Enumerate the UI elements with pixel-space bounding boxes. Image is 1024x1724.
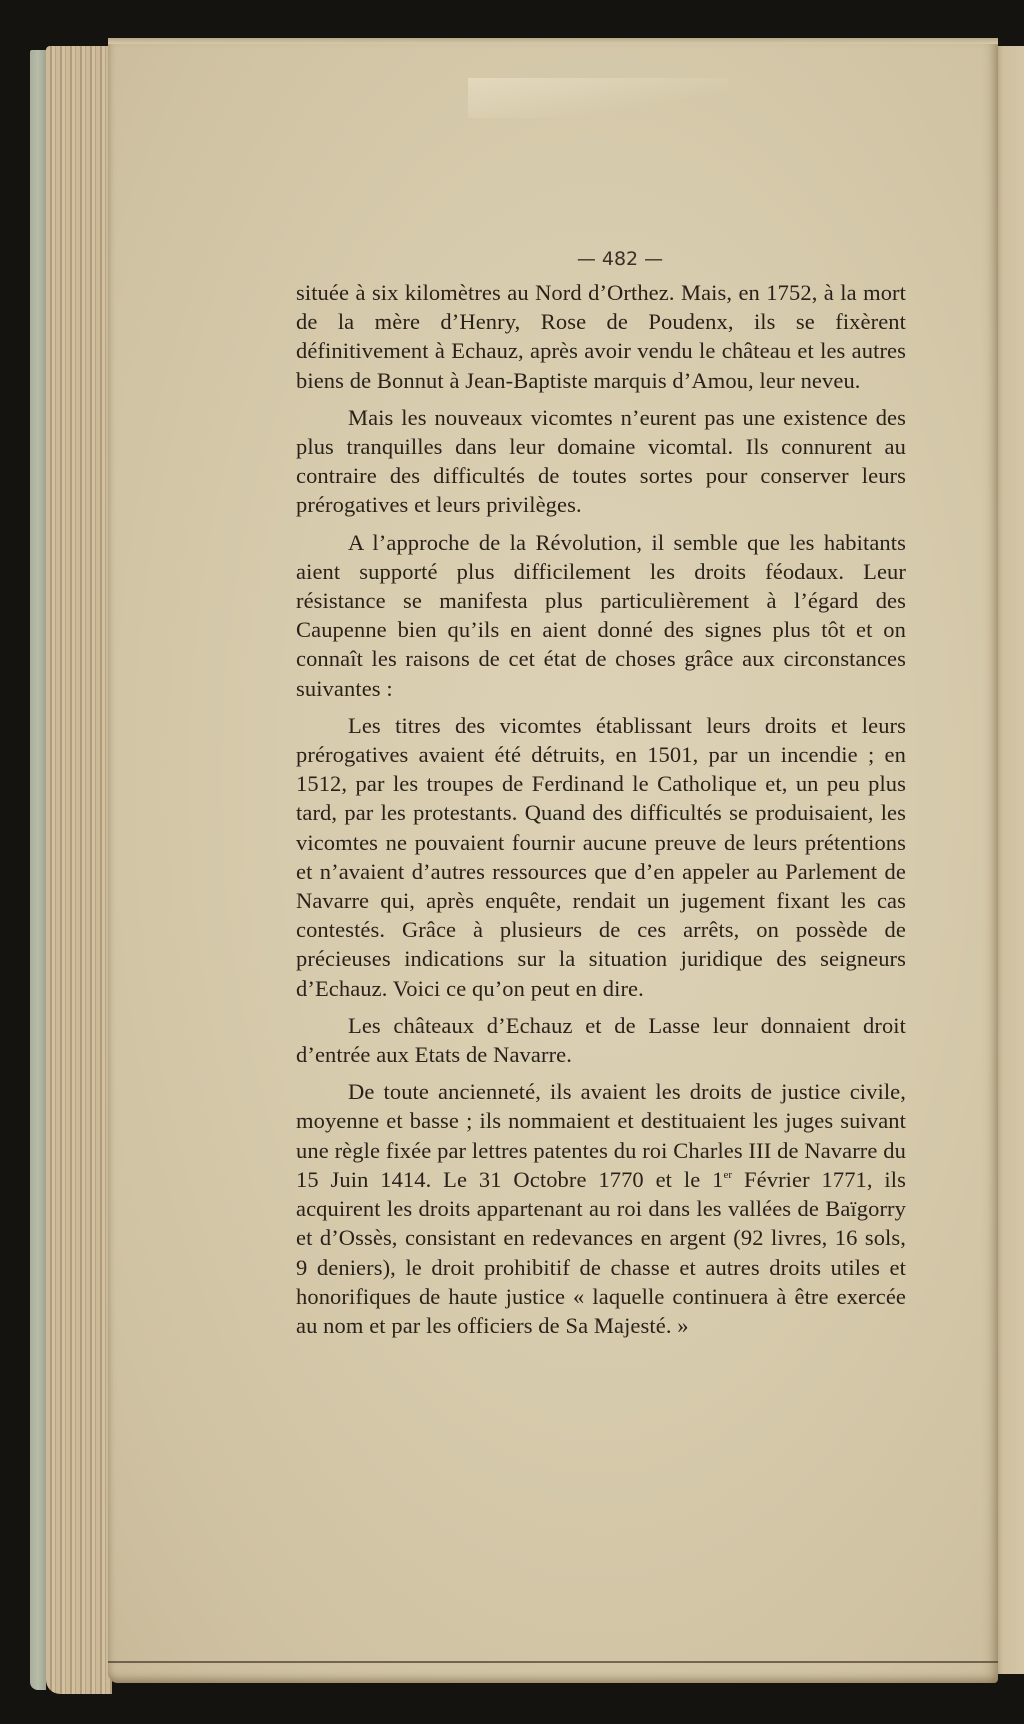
paragraph-5: Les châteaux d’Echauz et de Lasse leur d… <box>296 1011 906 1069</box>
paragraph-6-part-2: Février 1771, ils acquirent les droits a… <box>296 1167 906 1338</box>
paragraph-4: Les titres des vicomtes établissant leur… <box>296 711 906 1003</box>
page-fold-crease <box>468 78 728 118</box>
paragraph-1: située à six kilomètres au Nord d’Orthez… <box>296 278 906 395</box>
ordinal-superscript: er <box>723 1169 732 1181</box>
body-text: située à six kilomètres au Nord d’Orthez… <box>296 278 906 1348</box>
paragraph-3: A l’approche de la Révolution, il semble… <box>296 528 906 703</box>
page-number: — 482 — <box>540 248 700 270</box>
endpaper-edge <box>30 50 46 1690</box>
paragraph-2: Mais les nouveaux vicomtes n’eurent pas … <box>296 403 906 520</box>
stacked-page-edges <box>46 46 112 1694</box>
paragraph-6: De toute ancienneté, ils avaient les dro… <box>296 1077 906 1340</box>
